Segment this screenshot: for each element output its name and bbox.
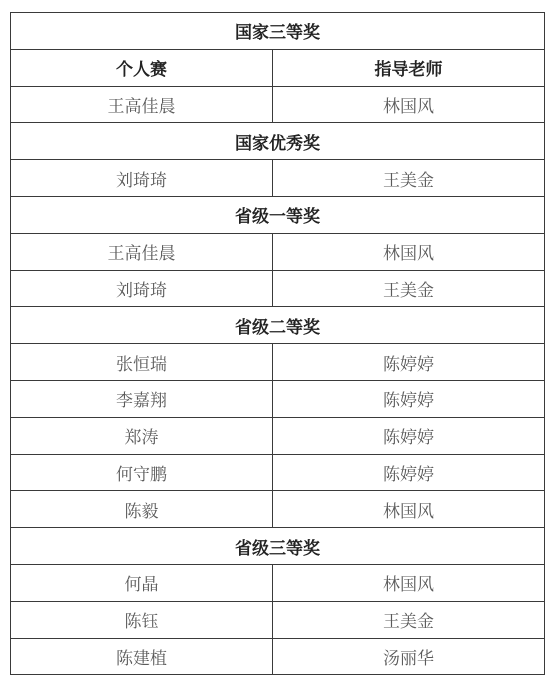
- teacher-name: 林国风: [273, 491, 545, 528]
- student-name: 陈建植: [11, 638, 273, 675]
- teacher-name: 林国风: [273, 564, 545, 601]
- table-row: 王高佳晨 林国风: [11, 233, 545, 270]
- table-row: 陈钰 王美金: [11, 601, 545, 638]
- table-row: 陈毅 林国风: [11, 491, 545, 528]
- table-row: 何晶 林国风: [11, 564, 545, 601]
- student-name: 王高佳晨: [11, 233, 273, 270]
- section-header-row: 省级一等奖: [11, 196, 545, 233]
- section-header-row: 国家优秀奖: [11, 123, 545, 160]
- student-name: 陈钰: [11, 601, 273, 638]
- student-name: 张恒瑞: [11, 344, 273, 381]
- teacher-name: 陈婷婷: [273, 454, 545, 491]
- teacher-name: 王美金: [273, 601, 545, 638]
- table-row: 何守鹏 陈婷婷: [11, 454, 545, 491]
- section-title: 省级三等奖: [11, 528, 545, 565]
- section-title: 省级二等奖: [11, 307, 545, 344]
- teacher-name: 陈婷婷: [273, 380, 545, 417]
- table-row: 郑涛 陈婷婷: [11, 417, 545, 454]
- teacher-name: 陈婷婷: [273, 344, 545, 381]
- student-name: 刘琦琦: [11, 270, 273, 307]
- teacher-name: 王美金: [273, 270, 545, 307]
- teacher-name: 汤丽华: [273, 638, 545, 675]
- section-header-row: 省级三等奖: [11, 528, 545, 565]
- column-header-teacher: 指导老师: [273, 49, 545, 86]
- table-row: 陈建植 汤丽华: [11, 638, 545, 675]
- student-name: 郑涛: [11, 417, 273, 454]
- teacher-name: 陈婷婷: [273, 417, 545, 454]
- section-title: 省级一等奖: [11, 196, 545, 233]
- student-name: 王高佳晨: [11, 86, 273, 123]
- teacher-name: 王美金: [273, 160, 545, 197]
- column-header-row: 个人赛 指导老师: [11, 49, 545, 86]
- teacher-name: 林国风: [273, 86, 545, 123]
- section-title: 国家三等奖: [11, 13, 545, 50]
- column-header-individual: 个人赛: [11, 49, 273, 86]
- student-name: 李嘉翔: [11, 380, 273, 417]
- student-name: 何守鹏: [11, 454, 273, 491]
- section-header-row: 国家三等奖: [11, 13, 545, 50]
- awards-table: 国家三等奖 个人赛 指导老师 王高佳晨 林国风 国家优秀奖 刘琦琦 王美金 省级…: [10, 12, 545, 675]
- table-row: 张恒瑞 陈婷婷: [11, 344, 545, 381]
- section-title: 国家优秀奖: [11, 123, 545, 160]
- table-row: 李嘉翔 陈婷婷: [11, 380, 545, 417]
- teacher-name: 林国风: [273, 233, 545, 270]
- student-name: 刘琦琦: [11, 160, 273, 197]
- table-row: 刘琦琦 王美金: [11, 270, 545, 307]
- table-row: 王高佳晨 林国风: [11, 86, 545, 123]
- section-header-row: 省级二等奖: [11, 307, 545, 344]
- student-name: 何晶: [11, 564, 273, 601]
- student-name: 陈毅: [11, 491, 273, 528]
- table-row: 刘琦琦 王美金: [11, 160, 545, 197]
